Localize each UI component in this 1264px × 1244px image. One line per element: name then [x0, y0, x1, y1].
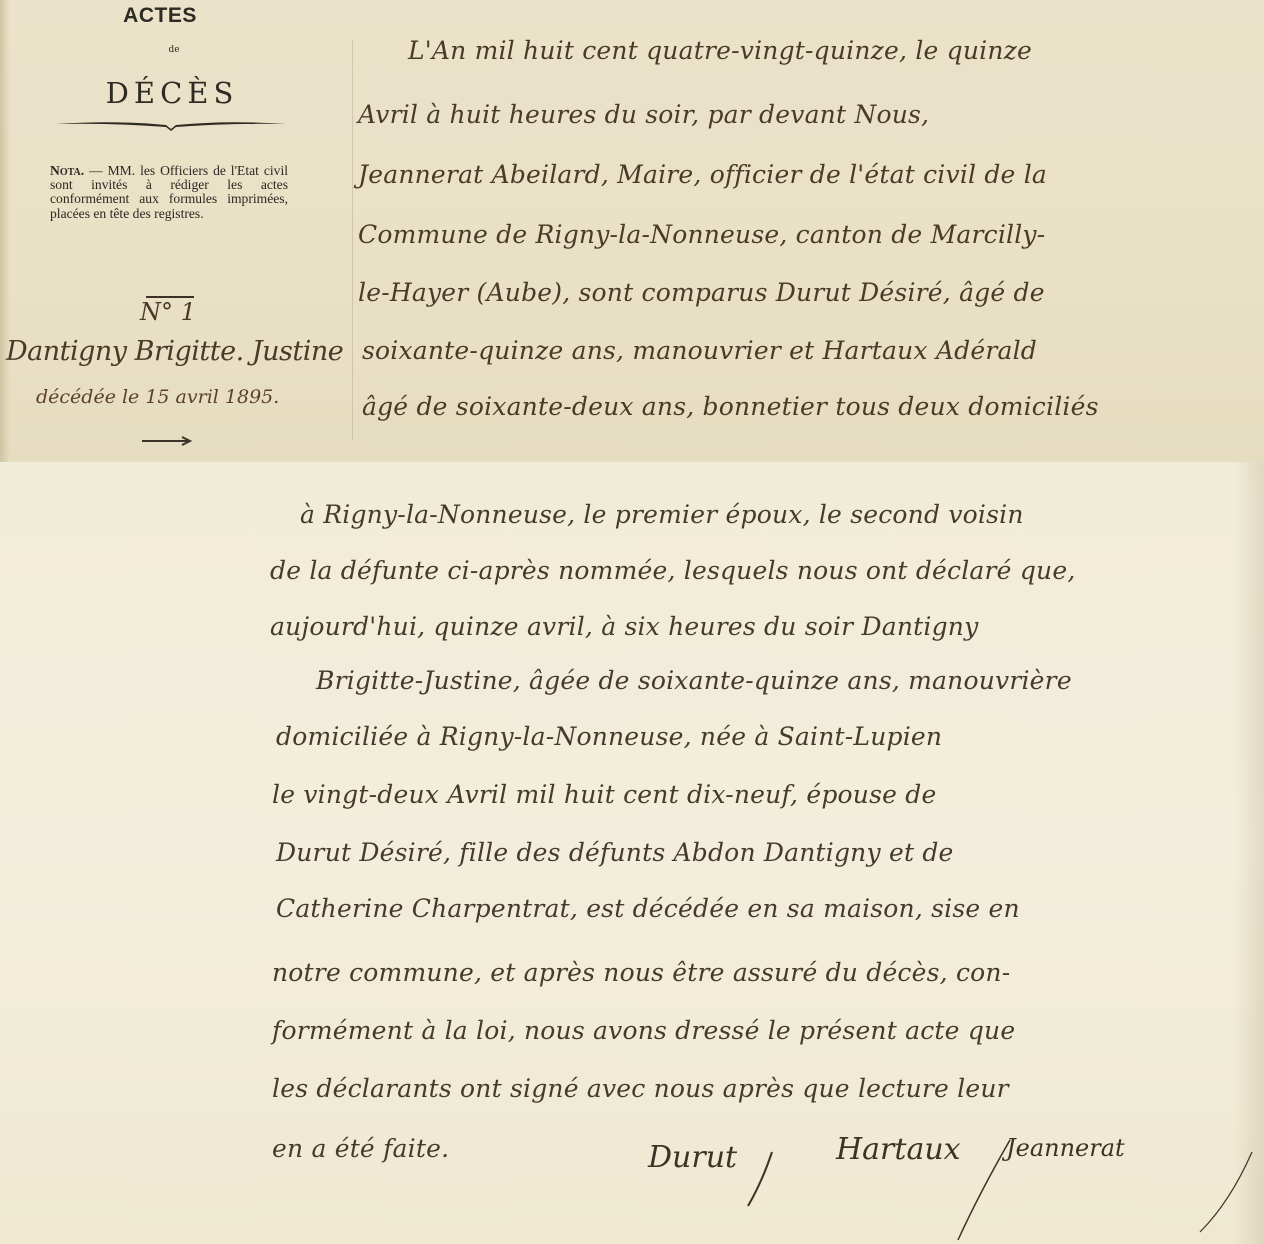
- printed-header-actes: ACTES: [0, 4, 320, 28]
- nota-label: Nota.: [50, 163, 84, 178]
- body-line-1: L'An mil huit cent quatre-vingt-quinze, …: [408, 36, 1032, 65]
- body-line-5: le-Hayer (Aube), sont comparus Durut Dés…: [358, 278, 1045, 307]
- signature-durut: Durut: [648, 1140, 737, 1175]
- body-line-15: Catherine Charpentrat, est décédée en sa…: [276, 894, 1020, 923]
- body-line-18: les déclarants ont signé avec nous après…: [272, 1074, 1009, 1103]
- printed-header-deces: DÉCÈS: [0, 76, 344, 110]
- body-line-13: le vingt-deux Avril mil huit cent dix-ne…: [272, 780, 936, 809]
- deceased-name: Dantigny Brigitte. Justine: [6, 336, 343, 367]
- signature-jeannerat: Jeannerat: [1006, 1134, 1125, 1162]
- body-line-4: Commune de Rigny-la-Nonneuse, canton de …: [358, 220, 1045, 249]
- body-line-17: formément à la loi, nous avons dressé le…: [272, 1016, 1015, 1045]
- body-line-3: Jeannerat Abeilard, Maire, officier de l…: [358, 160, 1047, 189]
- body-line-9: de la défunte ci-après nommée, lesquels …: [270, 556, 1075, 585]
- signatures-block: Durut Hartaux Jeannerat: [640, 1132, 1260, 1222]
- body-line-14: Durut Désiré, fille des défunts Abdon Da…: [276, 838, 954, 867]
- printed-nota: Nota. — MM. les Officiers de l'Etat civi…: [50, 164, 288, 221]
- signature-hartaux: Hartaux: [836, 1132, 961, 1167]
- printed-header-de: de: [0, 45, 348, 55]
- body-line-19: en a été faite.: [272, 1134, 449, 1163]
- body-line-16: notre commune, et après nous être assuré…: [272, 958, 1010, 987]
- arrow-right-icon: [142, 436, 198, 446]
- body-line-7: âgé de soixante-deux ans, bonnetier tous…: [362, 392, 1099, 421]
- nota-text: — MM. les Officiers de l'Etat civil sont…: [50, 163, 288, 221]
- body-line-2: Avril à huit heures du soir, par devant …: [358, 100, 929, 129]
- entry-number: N° 1: [140, 298, 196, 326]
- body-line-10: aujourd'hui, quinze avril, à six heures …: [270, 612, 978, 641]
- body-line-6: soixante-quinze ans, manouvrier et Harta…: [362, 336, 1037, 365]
- death-date: décédée le 15 avril 1895.: [36, 386, 279, 408]
- body-line-11: Brigitte-Justine, âgée de soixante-quinz…: [316, 666, 1072, 695]
- body-line-12: domiciliée à Rigny-la-Nonneuse, née à Sa…: [276, 722, 942, 751]
- flourish-divider-icon: [54, 118, 288, 132]
- page-edge-shadow: [0, 0, 10, 462]
- body-line-8: à Rigny-la-Nonneuse, le premier époux, l…: [300, 500, 1024, 529]
- margin-rule: [352, 40, 353, 440]
